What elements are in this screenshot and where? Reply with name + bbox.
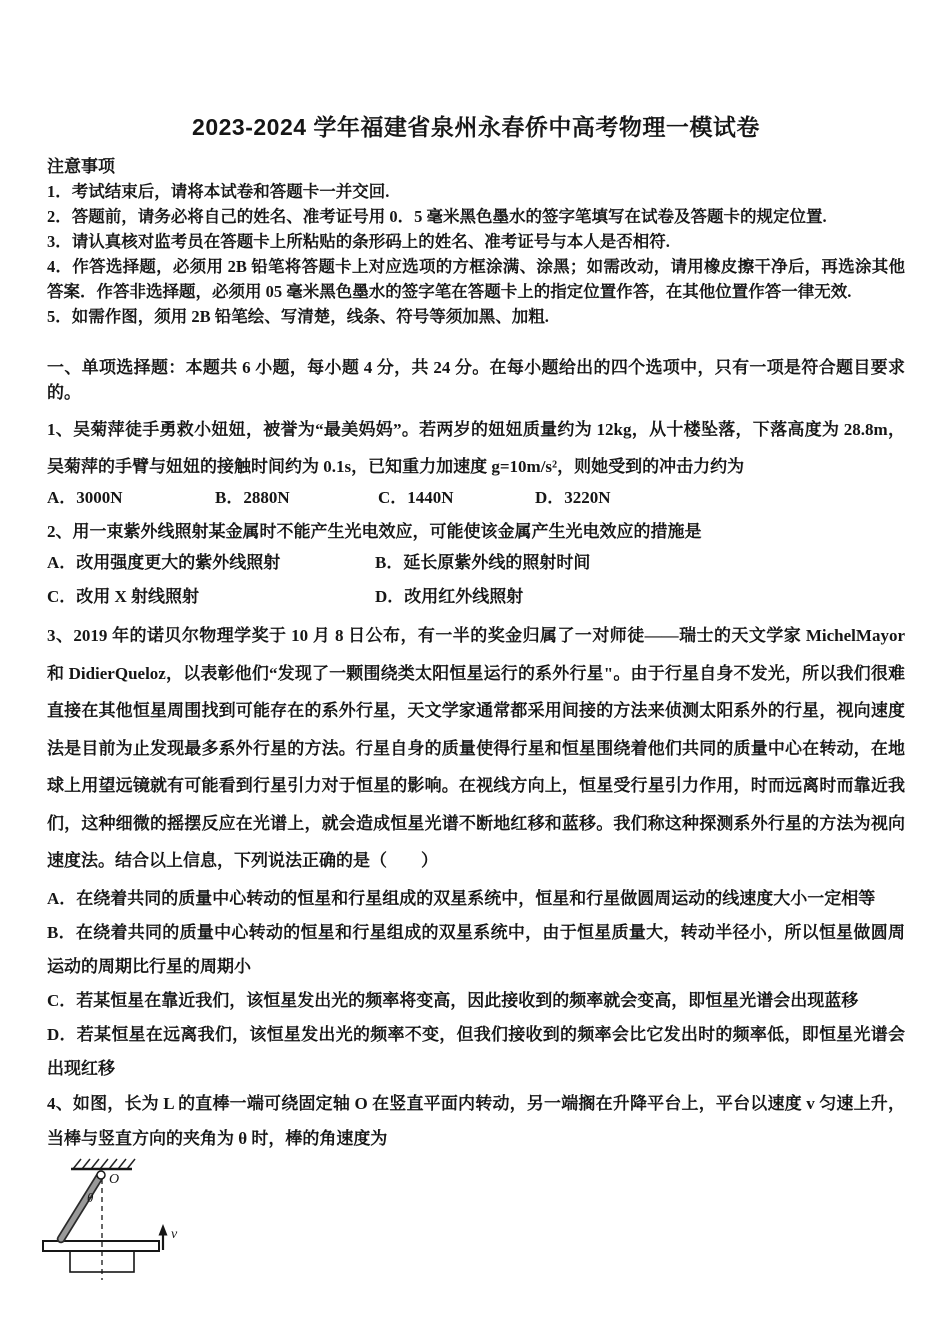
question-4-figure: O θ v bbox=[40, 1154, 905, 1304]
exam-paper-page: 2023-2024 学年福建省泉州永春侨中高考物理一模试卷 注意事项 1．考试结… bbox=[0, 0, 950, 1344]
question-2: 2、用一束紫外线照射某金属时不能产生光电效应，可能使该金属产生光电效应的措施是 … bbox=[47, 519, 905, 607]
axis-o-label: O bbox=[109, 1172, 119, 1187]
theta-angle-label: θ bbox=[87, 1190, 94, 1205]
ceiling-hatching bbox=[73, 1159, 135, 1169]
notice-section: 注意事项 1．考试结束后，请将本试卷和答题卡一并交回. 2．答题前，请务必将自己… bbox=[47, 154, 905, 329]
hinge-pivot bbox=[97, 1171, 105, 1179]
question-3-option-d: D．若某恒星在远离我们，该恒星发出光的频率不变，但我们接收到的频率会比它发出时的… bbox=[47, 1018, 905, 1086]
page-title: 2023-2024 学年福建省泉州永春侨中高考物理一模试卷 bbox=[47, 112, 905, 142]
question-1-options: A．3000N B．2880N C．1440N D．3220N bbox=[47, 487, 905, 509]
question-2-option-a: A．改用强度更大的紫外线照射 bbox=[47, 552, 375, 573]
velocity-arrow-head bbox=[159, 1224, 168, 1236]
question-3-option-a: A．在绕着共同的质量中心转动的恒星和行星组成的双星系统中，恒星和行星做圆周运动的… bbox=[47, 882, 905, 916]
question-2-stem: 2、用一束紫外线照射某金属时不能产生光电效应，可能使该金属产生光电效应的措施是 bbox=[47, 519, 905, 544]
question-3: 3、2019 年的诺贝尔物理学奖于 10 月 8 日公布，有一半的奖金归属了一对… bbox=[47, 617, 905, 1086]
question-1-stem: 1、吴菊萍徒手勇救小妞妞，被誉为“最美妈妈”。若两岁的妞妞质量约为 12kg，从… bbox=[47, 411, 905, 485]
notice-item-1: 1．考试结束后，请将本试卷和答题卡一并交回. bbox=[47, 179, 905, 204]
rod-platform-diagram: O θ v bbox=[40, 1154, 240, 1304]
question-1-option-d: D．3220N bbox=[535, 487, 611, 509]
question-1-option-a: A．3000N bbox=[47, 487, 215, 509]
question-2-option-c: C．改用 X 射线照射 bbox=[47, 586, 375, 607]
notice-heading: 注意事项 bbox=[47, 154, 905, 179]
question-3-option-b: B．在绕着共同的质量中心转动的恒星和行星组成的双星系统中，由于恒星质量大，转动半… bbox=[47, 916, 905, 984]
question-2-option-b: B．延长原紫外线的照射时间 bbox=[375, 552, 905, 573]
question-1-option-b: B．2880N bbox=[215, 487, 378, 509]
question-2-option-d: D．改用红外线照射 bbox=[375, 586, 905, 607]
question-2-options: A．改用强度更大的紫外线照射 B．延长原紫外线的照射时间 C．改用 X 射线照射… bbox=[47, 552, 905, 607]
notice-item-4: 4．作答选择题，必须用 2B 铅笔将答题卡上对应选项的方框涂满、涂黑；如需改动，… bbox=[47, 254, 905, 304]
notice-item-2: 2．答题前，请务必将自己的姓名、准考证号用 0．5 毫米黑色墨水的签字笔填写在试… bbox=[47, 204, 905, 229]
question-4-stem: 4、如图，长为 L 的直棒一端可绕固定轴 O 在竖直平面内转动，另一端搁在升降平… bbox=[47, 1086, 905, 1156]
section-1-heading: 一、单项选择题：本题共 6 小题，每小题 4 分，共 24 分。在每小题给出的四… bbox=[47, 355, 905, 405]
question-1: 1、吴菊萍徒手勇救小妞妞，被誉为“最美妈妈”。若两岁的妞妞质量约为 12kg，从… bbox=[47, 411, 905, 509]
question-1-option-c: C．1440N bbox=[378, 487, 535, 509]
question-3-option-c: C．若某恒星在靠近我们，该恒星发出光的频率将变高，因此接收到的频率就会变高，即恒… bbox=[47, 984, 905, 1018]
notice-item-3: 3．请认真核对监考员在答题卡上所粘贴的条形码上的姓名、准考证号与本人是否相符. bbox=[47, 229, 905, 254]
rod-shape bbox=[61, 1176, 100, 1239]
notice-item-5: 5．如需作图，须用 2B 铅笔绘、写清楚，线条、符号等须加黑、加粗. bbox=[47, 304, 905, 329]
question-4: 4、如图，长为 L 的直棒一端可绕固定轴 O 在竖直平面内转动，另一端搁在升降平… bbox=[47, 1086, 905, 1304]
question-3-stem: 3、2019 年的诺贝尔物理学奖于 10 月 8 日公布，有一半的奖金归属了一对… bbox=[47, 617, 905, 880]
velocity-v-label: v bbox=[171, 1227, 178, 1242]
